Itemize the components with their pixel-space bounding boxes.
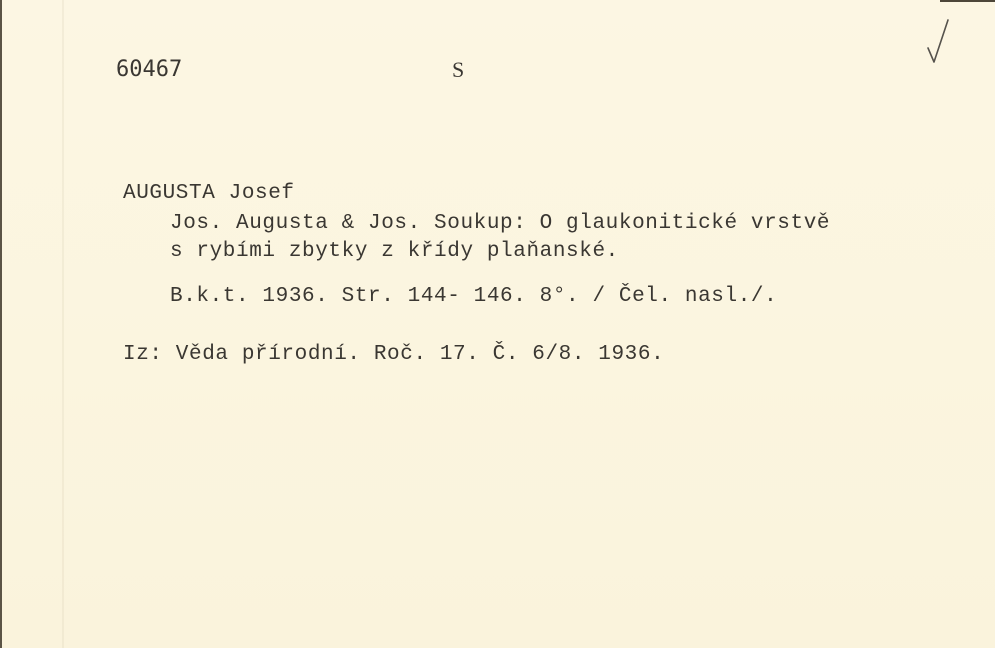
- card-top-edge: [940, 0, 995, 2]
- catalog-card: 60467 S AUGUSTA Josef Jos. Augusta & Jos…: [0, 0, 995, 648]
- signature-letter: S: [452, 58, 465, 82]
- title-line-1: Jos. Augusta & Jos. Soukup: O glaukoniti…: [170, 212, 830, 236]
- title-line-2: s rybími zbytky z křídy plaňanské.: [170, 240, 619, 264]
- card-left-edge: [0, 0, 2, 648]
- main-heading: AUGUSTA Josef: [123, 182, 295, 206]
- source-line: Iz: Věda přírodní. Roč. 17. Č. 6/8. 1936…: [123, 343, 664, 367]
- accession-number: 60467: [116, 58, 182, 82]
- imprint-line: B.k.t. 1936. Str. 144- 146. 8°. / Čel. n…: [170, 285, 777, 309]
- check-icon: [926, 18, 950, 64]
